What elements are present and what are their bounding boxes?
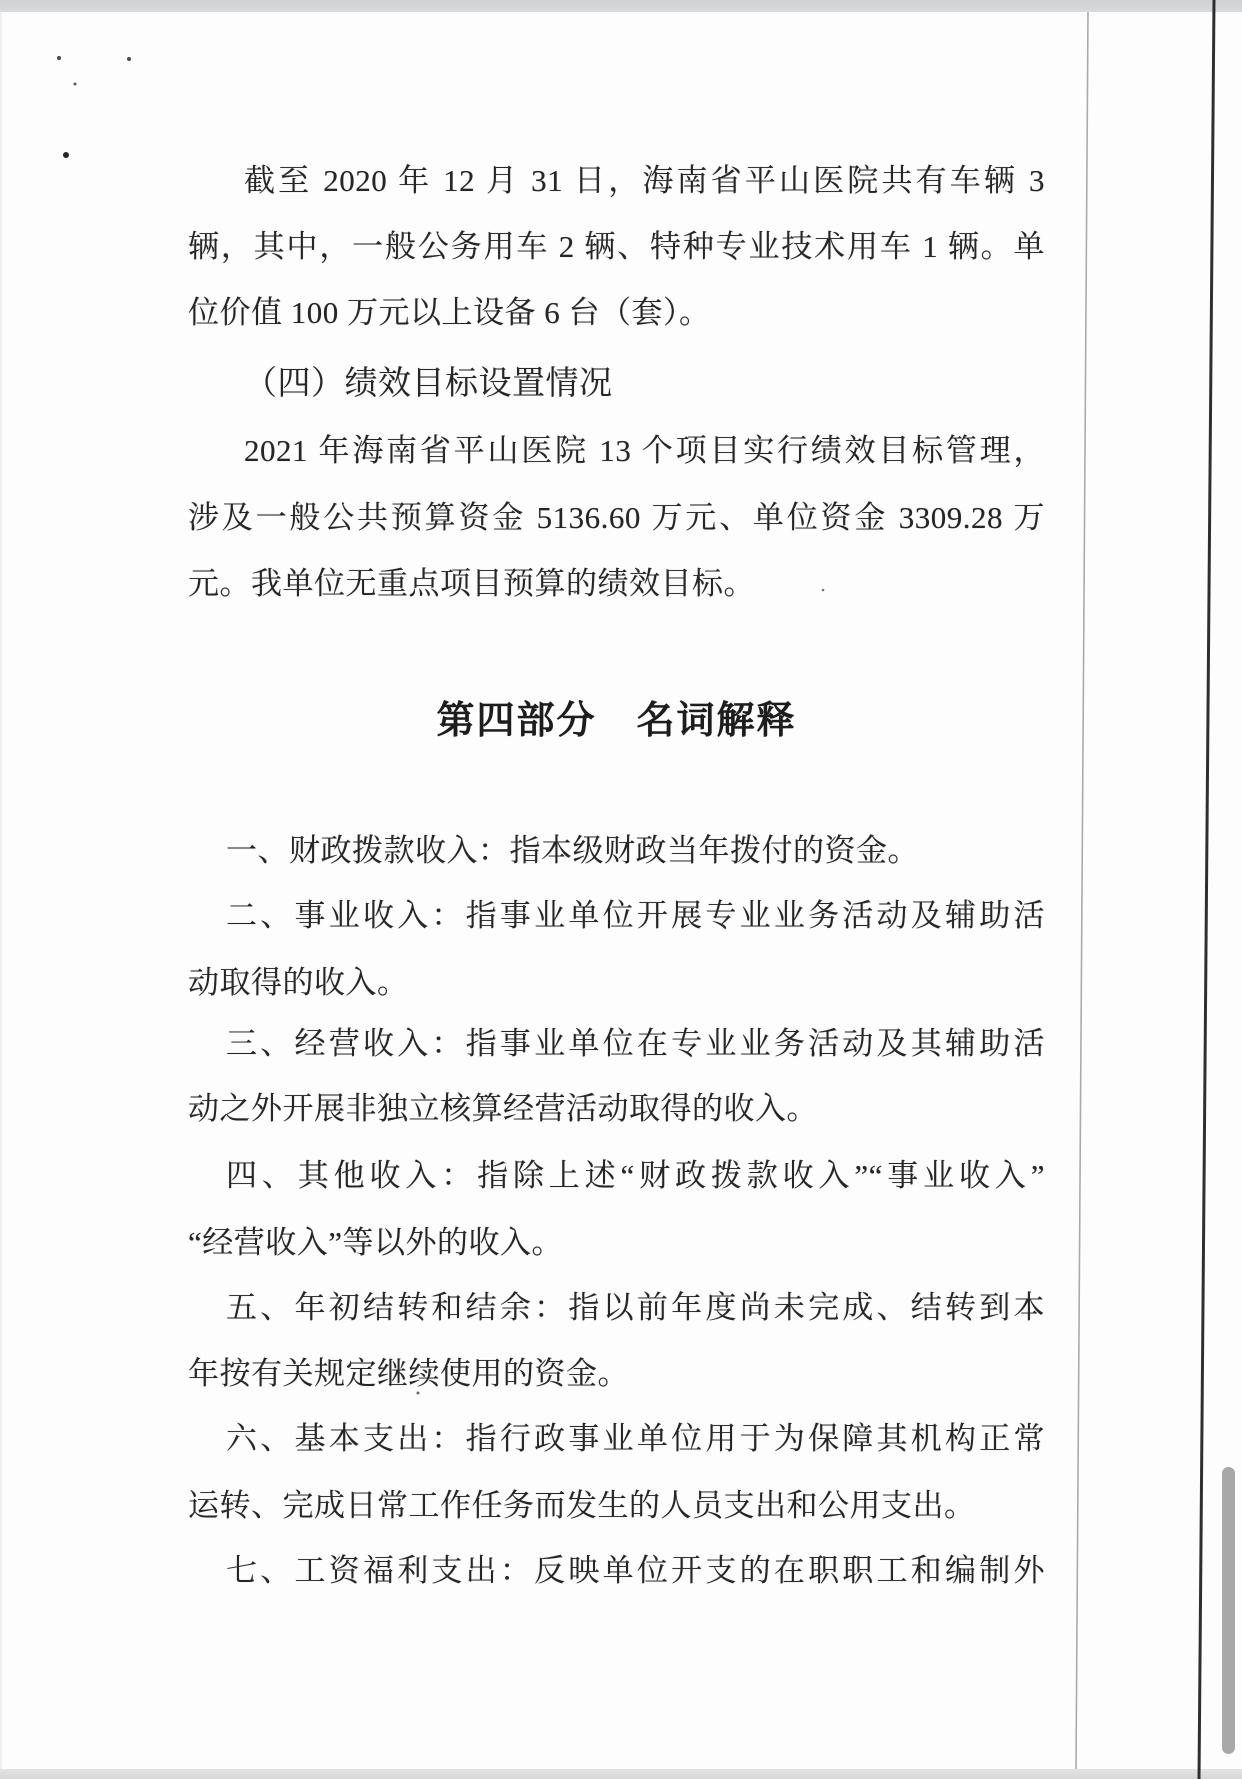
- scan-artifacts-overlay: [0, 0, 1242, 1779]
- scan-speck: [74, 83, 77, 86]
- scan-speck: [417, 1392, 420, 1395]
- scan-speck: [127, 57, 131, 61]
- scan-speck: [57, 56, 61, 60]
- scan-thin-border-line: [1076, 12, 1088, 1769]
- scan-speck: [574, 591, 577, 594]
- scanned-document-page: { "viewer": { "top_bar_color": "#d4d6d7"…: [0, 0, 1242, 1779]
- scan-speck: [822, 589, 825, 592]
- scan-speck: [63, 152, 69, 158]
- scan-page-fold-line: [1199, 0, 1214, 1779]
